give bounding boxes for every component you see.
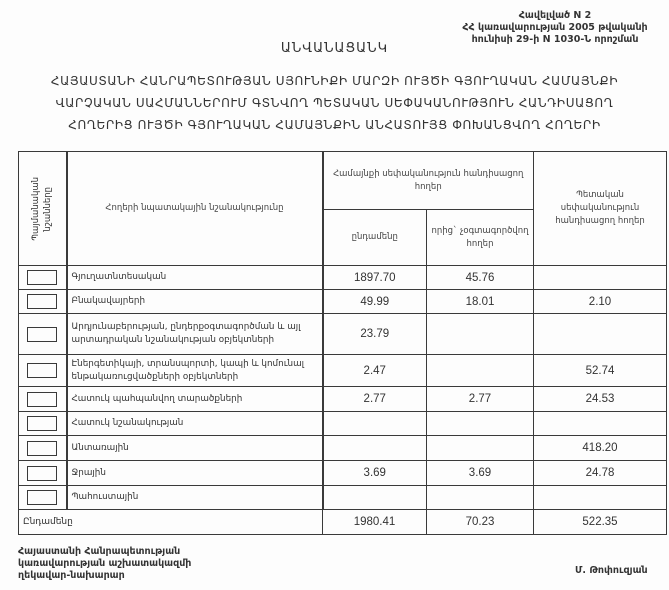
state-land-value: 24.78 [534, 461, 667, 486]
state-land-value [534, 314, 667, 355]
state-land-value: 52.74 [534, 355, 667, 387]
heading-line-3: ՀՈՂԵՐԻՑ ՈՒՅԾԻ ԳՅՈՒՂԱԿԱՆ ՀԱՄԱՅՆՔԻՆ ԱՆՀԱՏՈ… [0, 114, 669, 136]
land-purpose: Էներգետիկայի, տրանսպորտի, կապի և կոմունա… [67, 355, 323, 387]
table-row: Բնակավայրերի49.9918.012.10 [19, 290, 667, 314]
signatory-position-line-1: Հայաստանի Հանրապետության [18, 546, 191, 558]
land-purpose: Հատուկ պահպանվող տարածքների [67, 387, 323, 412]
community-of-which-value [427, 486, 534, 510]
symbols-header: Պայմանական նշանները [19, 152, 67, 266]
state-land-value [534, 266, 667, 290]
heading-line-1: ՀԱՅԱՍՏԱՆԻ ՀԱՆՐԱՊԵՏՈՒԹՅԱՆ ՍՅՈՒՆԻՔԻ ՄԱՐԶԻ … [0, 70, 669, 92]
land-purpose: Հատուկ նշանակության [67, 412, 323, 436]
community-total-header: ընդամենը [323, 210, 427, 266]
community-total-value [323, 436, 427, 461]
total-label: Ընդամենը [19, 510, 323, 535]
community-total-value [323, 412, 427, 436]
legend-symbol-cell [19, 461, 67, 486]
land-purpose: Գյուղատնտեսական [67, 266, 323, 290]
legend-symbol-cell [19, 266, 67, 290]
community-of-which-value: 2.77 [427, 387, 534, 412]
legend-symbol-cell [19, 387, 67, 412]
community-total-value: 1897.70 [323, 266, 427, 290]
community-of-which-value: 45.76 [427, 266, 534, 290]
legend-symbol-box [27, 294, 57, 309]
legend-symbol-cell [19, 486, 67, 510]
annex-decree-line: ՀՀ կառավարության 2005 թվականի [440, 22, 669, 34]
community-of-which-value: 3.69 [427, 461, 534, 486]
legend-symbol-cell [19, 355, 67, 387]
community-land-header: Համայնքի սեփականություն հանդիսացող հողեր [323, 152, 534, 210]
heading-line-2: ՎԱՐՉԱԿԱՆ ՍԱՀՄԱՆՆԵՐՈՒՄ ԳՏՆՎՈՂ ՊԵՏԱԿԱՆ ՍԵՓ… [0, 92, 669, 114]
state-land-value: 2.10 [534, 290, 667, 314]
community-of-which-value [427, 355, 534, 387]
legend-symbol-cell [19, 290, 67, 314]
signatory-position-line-2: կառավարության աշխատակազմի [18, 558, 191, 570]
community-total-value: 23.79 [323, 314, 427, 355]
signatory-position-line-3: ղեկավար-նախարար [18, 570, 191, 582]
land-purpose: Բնակավայրերի [67, 290, 323, 314]
community-of-which-value [427, 314, 534, 355]
legend-symbol-box [27, 270, 57, 285]
table-row: Հատուկ պահպանվող տարածքների2.772.7724.53 [19, 387, 667, 412]
state-land-header: Պետական սեփականություն հանդիսացող հողեր [534, 152, 667, 266]
legend-symbol-box [27, 363, 57, 378]
land-purpose: Արդյունաբերության, ընդերքօգտագործման և ա… [67, 314, 323, 355]
legend-symbol-box [27, 327, 57, 342]
community-of-which-value [427, 412, 534, 436]
table-row: Պահուստային [19, 486, 667, 510]
signatory-name: Մ. Թոփուզյան [575, 565, 648, 576]
signatory-position: Հայաստանի Հանրապետության կառավարության ա… [18, 546, 191, 582]
legend-symbol-box [27, 416, 57, 431]
community-total-sum: 1980.41 [323, 510, 427, 535]
community-total-value [323, 486, 427, 510]
table-row: Արդյունաբերության, ընդերքօգտագործման և ա… [19, 314, 667, 355]
state-land-value [534, 486, 667, 510]
community-of-which-sum: 70.23 [427, 510, 534, 535]
state-land-value: 418.20 [534, 436, 667, 461]
community-total-value: 3.69 [323, 461, 427, 486]
total-row: Ընդամենը1980.4170.23522.35 [19, 510, 667, 535]
table-row: Էներգետիկայի, տրանսպորտի, կապի և կոմունա… [19, 355, 667, 387]
community-of-which-header: որից` չօգտագործվող հողեր [427, 210, 534, 266]
legend-symbol-cell [19, 436, 67, 461]
legend-symbol-cell [19, 314, 67, 355]
legend-symbol-box [27, 490, 57, 505]
symbols-header-line-2: նշանները [43, 186, 53, 231]
community-total-value: 49.99 [323, 290, 427, 314]
document-title: ԱՆՎԱՆԱՑԱՆԿ [0, 41, 669, 56]
legend-symbol-box [27, 466, 57, 481]
legend-symbol-box [27, 392, 57, 407]
land-table: Պայմանական նշանները Հողերի նպատակային նշ… [18, 151, 667, 535]
table-row: Հատուկ նշանակության [19, 412, 667, 436]
table-row: Անտառային418.20 [19, 436, 667, 461]
table-row: Ջրային3.693.6924.78 [19, 461, 667, 486]
community-total-value: 2.77 [323, 387, 427, 412]
state-land-value [534, 412, 667, 436]
symbols-header-line-1: Պայմանական [31, 177, 41, 241]
land-purpose: Անտառային [67, 436, 323, 461]
legend-symbol-cell [19, 412, 67, 436]
legend-symbol-box [27, 441, 57, 456]
community-of-which-value [427, 436, 534, 461]
table-row: Գյուղատնտեսական1897.7045.76 [19, 266, 667, 290]
document-heading: ՀԱՅԱՍՏԱՆԻ ՀԱՆՐԱՊԵՏՈՒԹՅԱՆ ՍՅՈՒՆԻՔԻ ՄԱՐԶԻ … [0, 70, 669, 136]
state-land-value: 24.53 [534, 387, 667, 412]
land-purpose: Պահուստային [67, 486, 323, 510]
purpose-header: Հողերի նպատակային նշանակությունը [67, 152, 323, 266]
annex-number: Հավելված N 2 [440, 10, 669, 22]
state-land-sum: 522.35 [534, 510, 667, 535]
land-purpose: Ջրային [67, 461, 323, 486]
community-of-which-value: 18.01 [427, 290, 534, 314]
community-total-value: 2.47 [323, 355, 427, 387]
